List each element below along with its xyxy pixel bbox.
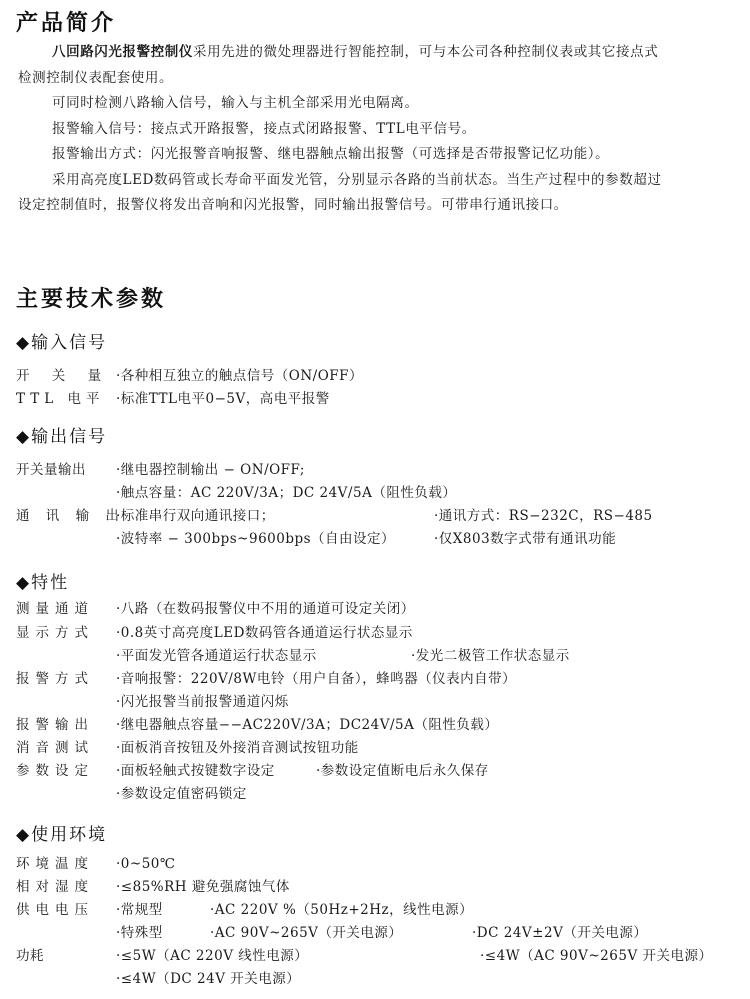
spec-value: ·发光二极管工作状态显示 bbox=[411, 645, 570, 667]
intro-title: 产品简介 bbox=[16, 6, 116, 37]
spec-value: ·八路（在数码报警仪中不用的通道可设定关闭） bbox=[116, 598, 415, 620]
spec-value: ·通讯方式：RS−232C，RS−485 bbox=[434, 505, 653, 527]
intro-p4: 报警输出方式：闪光报警音响报警、继电器触点输出报警（可选择是否带报警记忆功能）。 bbox=[18, 142, 743, 168]
intro-p3: 报警输入信号：接点式开路报警，接点式闭路报警、TTL电平信号。 bbox=[18, 117, 743, 143]
specs-title: 主要技术参数 bbox=[16, 282, 166, 313]
spec-value: ·仅X803数字式带有通讯功能 bbox=[434, 528, 616, 550]
product-name: 八回路闪光报警控制仪 bbox=[52, 44, 193, 60]
intro-p5: 采用高亮度LED数码管或长寿命平面发光管，分别显示各路的当前状态。当生产过程中的… bbox=[18, 168, 743, 194]
spec-label: 消音测试 bbox=[16, 737, 116, 759]
spec-label: TTL 电平 bbox=[16, 388, 116, 410]
intro-p1: 八回路闪光报警控制仪采用先进的微处理器进行智能控制，可与本公司各种控制仪表或其它… bbox=[18, 40, 743, 66]
spec-label: 显示方式 bbox=[16, 622, 116, 644]
spec-label: 供电电压 bbox=[16, 899, 116, 921]
spec-label: 通 讯 输 出 bbox=[16, 505, 116, 527]
spec-label: 测量通道 bbox=[16, 598, 116, 620]
spec-label: 参数设定 bbox=[16, 760, 116, 782]
spec-value: ·≤4W（AC 90V~265V 开关电源） bbox=[480, 945, 712, 967]
section-output-heading: ◆输出信号 bbox=[16, 422, 107, 447]
spec-value: ·触点容量：AC 220V/3A；DC 24V/5A（阻性负载） bbox=[116, 482, 456, 504]
spec-value: ·音响报警：220V/8W电铃（用户自备），蜂鸣器（仪表内自带） bbox=[116, 668, 516, 690]
spec-value: ·面板消音按钮及外接消音测试按钮功能 bbox=[116, 737, 359, 759]
intro-paragraphs: 八回路闪光报警控制仪采用先进的微处理器进行智能控制，可与本公司各种控制仪表或其它… bbox=[18, 40, 743, 219]
spec-value: ·0.8英寸高亮度LED数码管各通道运行状态显示 bbox=[116, 622, 413, 644]
spec-value: ·继电器触点容量−−AC220V/3A；DC24V/5A（阻性负载） bbox=[116, 714, 498, 736]
spec-value: ·≤85%RH 避免强腐蚀气体 bbox=[116, 876, 290, 898]
spec-label: 开关量输出 bbox=[16, 459, 116, 481]
section-environment-heading: ◆使用环境 bbox=[16, 820, 107, 845]
section-features-heading: ◆特性 bbox=[16, 568, 69, 593]
spec-value: ·0~50℃ bbox=[116, 853, 175, 875]
spec-value: ·≤4W（DC 24V 开关电源） bbox=[116, 968, 300, 990]
spec-value: ·标准TTL电平0−5V，高电平报警 bbox=[116, 388, 330, 410]
spec-value: ·参数设定值断电后永久保存 bbox=[316, 760, 489, 782]
spec-value: ·闪光报警当前报警通道闪烁 bbox=[116, 691, 289, 713]
spec-label: 相对湿度 bbox=[16, 876, 116, 898]
intro-p1-cont: 检测控制仪表配套使用。 bbox=[18, 66, 743, 92]
spec-value: ·面板轻触式按键数字设定 bbox=[116, 760, 275, 782]
spec-value: ·特殊型 bbox=[116, 922, 163, 944]
spec-value: ·继电器控制输出 − ON/OFF; bbox=[116, 459, 305, 481]
spec-label: 报警输出 bbox=[16, 714, 116, 736]
spec-value: ·标准串行双向通讯接口； bbox=[116, 505, 275, 527]
spec-label: 功耗 bbox=[16, 945, 116, 967]
spec-value: ·平面发光管各通道运行状态显示 bbox=[116, 645, 317, 667]
intro-p2: 可同时检测八路输入信号，输入与主机全部采用光电隔离。 bbox=[18, 91, 743, 117]
intro-p5-cont: 设定控制值时，报警仪将发出音响和闪光报警，同时输出报警信号。可带串行通讯接口。 bbox=[18, 193, 743, 219]
spec-value: ·DC 24V±2V（开关电源） bbox=[472, 922, 647, 944]
spec-label: 报警方式 bbox=[16, 668, 116, 690]
spec-value: ·参数设定值密码锁定 bbox=[116, 783, 247, 805]
spec-label: 环境温度 bbox=[16, 853, 116, 875]
spec-value: ·AC 90V~265V（开关电源） bbox=[210, 922, 402, 944]
spec-label: 开 关 量 bbox=[16, 365, 116, 387]
spec-value: ·各种相互独立的触点信号（ON/OFF） bbox=[116, 365, 363, 387]
section-input-heading: ◆输入信号 bbox=[16, 328, 107, 353]
spec-value: ·≤5W（AC 220V 线性电源） bbox=[116, 945, 308, 967]
spec-value: ·波特率 − 300bps~9600bps（自由设定） bbox=[116, 528, 395, 550]
spec-value: ·常规型 bbox=[116, 899, 163, 921]
spec-value: ·AC 220V %（50Hz+2Hz，线性电源） bbox=[210, 899, 473, 921]
